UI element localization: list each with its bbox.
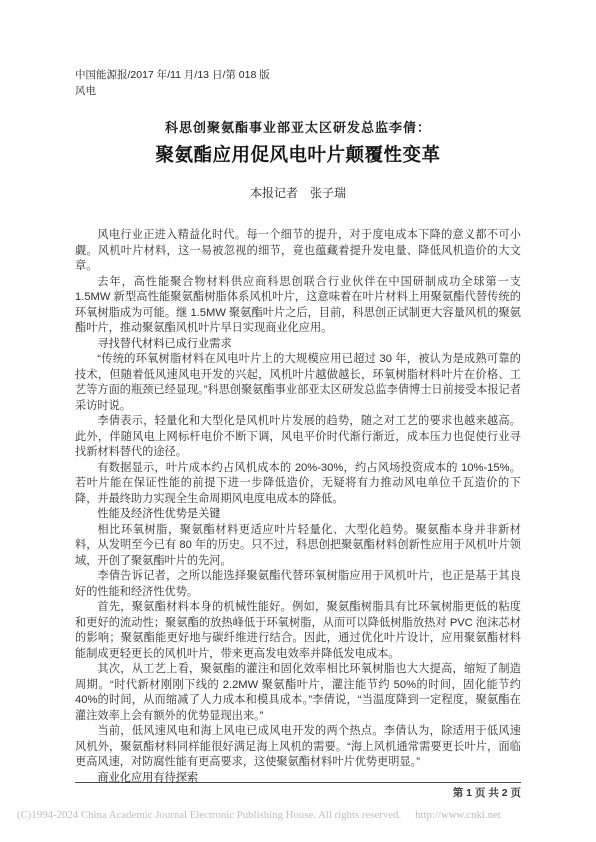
masthead: 中国能源报/2017 年/11 月/13 日/第 018 版 风电 bbox=[75, 67, 270, 99]
body-paragraph: 首先，聚氨酯材料本身的机械性能好。例如，聚氨酯树脂具有比环氧树脂更低的粘度和更好… bbox=[75, 600, 521, 662]
cnki-url: http://www.cnki.net bbox=[415, 809, 501, 821]
footer-divider bbox=[75, 782, 521, 783]
body-paragraph: 风电行业正进入精益化时代。每一个细节的提升，对于度电成本下降的意义都不可小觑。风… bbox=[75, 228, 521, 275]
body-paragraph: 其次，从工艺上看，聚氨酯的灌注和固化效率相比环氧树脂也大大提高，缩短了制造周期。… bbox=[75, 662, 521, 724]
body-paragraph: 李倩告诉记者，之所以能选择聚氨酯代替环氧树脂应用于风机叶片，也正是基于其良好的性… bbox=[75, 569, 521, 600]
body-paragraph: 当前，低风速风电和海上风电已成风电开发的两个热点。李倩认为，除适用于低风速风机外… bbox=[75, 724, 521, 771]
document-page: 中国能源报/2017 年/11 月/13 日/第 018 版 风电 科思创聚氨酯… bbox=[0, 0, 596, 842]
source-line: 中国能源报/2017 年/11 月/13 日/第 018 版 bbox=[75, 67, 270, 83]
body-paragraph: 去年，高性能聚合物材料供应商科思创联合行业伙伴在中国研制成功全球第一支 1.5M… bbox=[75, 275, 521, 337]
section-subheading: 寻找替代材料已成行业需求 bbox=[75, 337, 521, 353]
article-body: 风电行业正进入精益化时代。每一个细节的提升，对于度电成本下降的意义都不可小觑。风… bbox=[75, 228, 521, 786]
page-indicator: 第 1 页 共 2 页 bbox=[453, 785, 521, 800]
body-paragraph: 李倩表示，轻量化和大型化是风机叶片发展的趋势，随之对工艺的要求也越来越高。此外，… bbox=[75, 414, 521, 461]
article-kicker: 科思创聚氨酯事业部亚太区研发总监李倩： bbox=[0, 117, 596, 136]
body-paragraph: 相比环氧树脂，聚氨酯材料更适应叶片轻量化、大型化趋势。聚氨酯本身并非新材料，从发… bbox=[75, 523, 521, 570]
copyright-bar: (C)1994-2024 China Academic Journal Elec… bbox=[17, 809, 501, 821]
section-label: 风电 bbox=[75, 83, 270, 99]
article-byline: 本报记者 张子瑞 bbox=[0, 184, 596, 201]
section-subheading: 商业化应用有待探索 bbox=[75, 771, 521, 787]
section-subheading: 性能及经济性优势是关键 bbox=[75, 507, 521, 523]
article-title: 聚氨酯应用促风电叶片颠覆性变革 bbox=[0, 141, 596, 167]
body-paragraph: 有数据显示，叶片成本约占风机成本的 20%-30%，约占风场投资成本的 10%-… bbox=[75, 461, 521, 508]
copyright-text: (C)1994-2024 China Academic Journal Elec… bbox=[17, 809, 401, 821]
body-paragraph: “传统的环氧树脂材料在风电叶片上的大规模应用已超过 30 年，被认为是成熟可靠的… bbox=[75, 352, 521, 414]
